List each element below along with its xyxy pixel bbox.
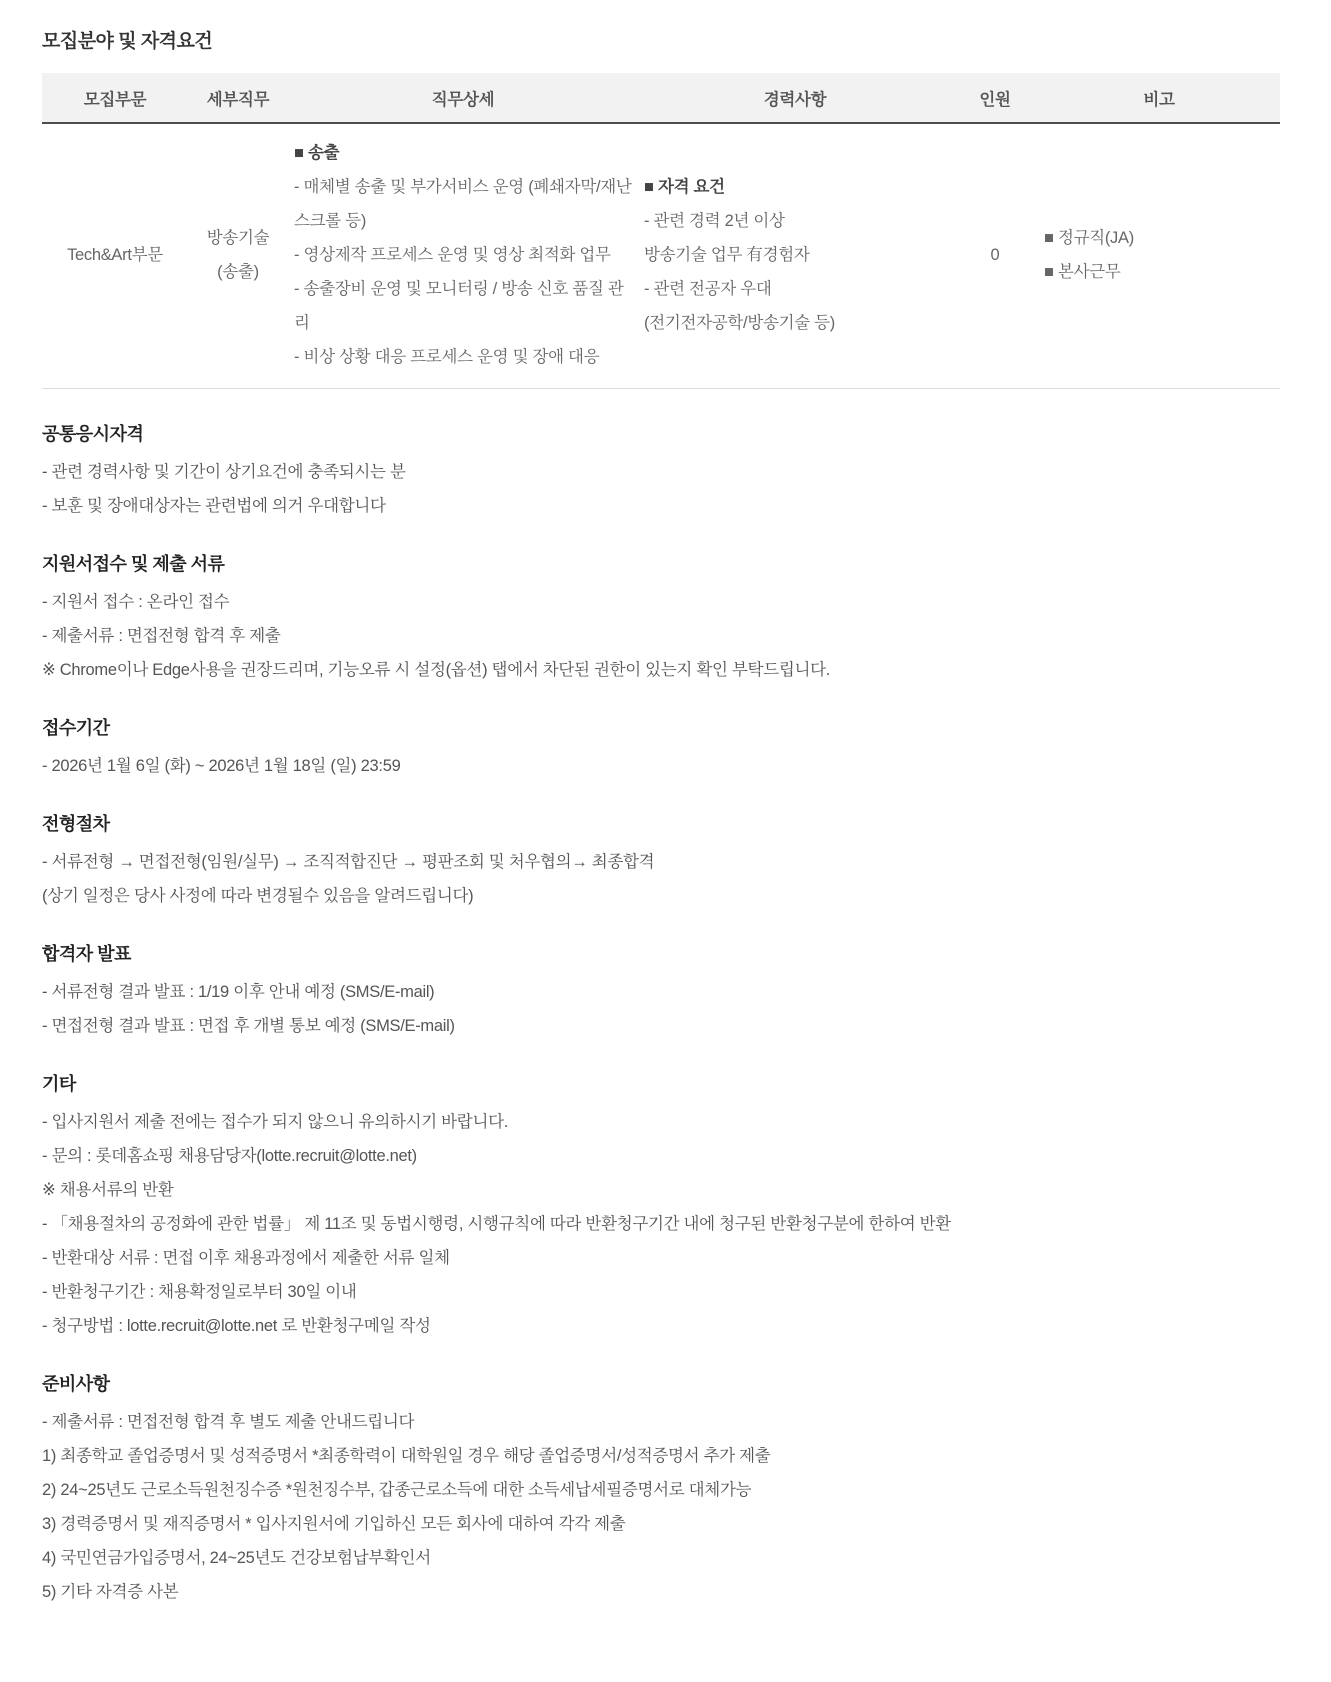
section-line: - 제출서류 : 면접전형 합격 후 별도 제출 안내드립니다 — [42, 1405, 1283, 1439]
section-line: ※ 채용서류의 반환 — [42, 1173, 1283, 1207]
section-application-submission: 지원서접수 및 제출 서류 - 지원서 접수 : 온라인 접수 - 제출서류 :… — [42, 549, 1283, 687]
section-line: - 제출서류 : 면접전형 합격 후 제출 — [42, 619, 1283, 653]
section-line: - 청구방법 : lotte.recruit@lotte.net 로 반환청구메… — [42, 1309, 1283, 1343]
job-detail-item: - 송출장비 운영 및 모니터링 / 방송 신호 품질 관리 — [294, 272, 632, 340]
section-line: 5) 기타 자격증 사본 — [42, 1575, 1283, 1609]
column-header-career: 경력사항 — [638, 73, 952, 123]
career-item: 방송기술 업무 有경험자 — [644, 238, 946, 272]
career-item: - 관련 전공자 우대 — [644, 272, 946, 306]
section-heading: 전형절차 — [42, 809, 1283, 839]
cell-note: ■ 정규직(JA) ■ 본사근무 — [1038, 123, 1280, 389]
recruitment-table: 모집부문 세부직무 직무상세 경력사항 인원 비고 Tech&Art부문 방송기… — [42, 73, 1280, 389]
note-item: ■ 본사근무 — [1044, 255, 1274, 289]
cell-career: ■ 자격 요건 - 관련 경력 2년 이상 방송기술 업무 有경험자 - 관련 … — [638, 123, 952, 389]
spacer — [42, 389, 1283, 393]
career-title: ■ 자격 요건 — [644, 170, 946, 204]
section-line: - 「채용절차의 공정화에 관한 법률」 제 11조 및 동법시행령, 시행규칙… — [42, 1207, 1283, 1241]
job-posting-document: 모집분야 및 자격요건 모집부문 세부직무 직무상세 경력사항 인원 비고 Te… — [0, 0, 1331, 1669]
section-heading: 지원서접수 및 제출 서류 — [42, 549, 1283, 579]
job-detail-item: - 비상 상황 대응 프로세스 운영 및 장애 대응 — [294, 340, 632, 374]
section-line: - 면접전형 결과 발표 : 면접 후 개별 통보 예정 (SMS/E-mail… — [42, 1009, 1283, 1043]
section-line: 2) 24~25년도 근로소득원천징수증 *원천징수부, 갑종근로소득에 대한 … — [42, 1473, 1283, 1507]
cell-headcount: 0 — [952, 123, 1038, 389]
section-heading: 접수기간 — [42, 713, 1283, 743]
section-line: - 서류전형 결과 발표 : 1/19 이후 안내 예정 (SMS/E-mail… — [42, 975, 1283, 1009]
job-subname: (송출) — [194, 255, 282, 289]
table-header-row: 모집부문 세부직무 직무상세 경력사항 인원 비고 — [42, 73, 1280, 123]
section-preparations: 준비사항 - 제출서류 : 면접전형 합격 후 별도 제출 안내드립니다 1) … — [42, 1369, 1283, 1609]
section-heading: 준비사항 — [42, 1369, 1283, 1399]
section-line: - 관련 경력사항 및 기간이 상기요건에 충족되시는 분 — [42, 455, 1283, 489]
cell-division: Tech&Art부문 — [42, 123, 188, 389]
job-detail-item: - 영상제작 프로세스 운영 및 영상 최적화 업무 — [294, 238, 632, 272]
section-line: - 보훈 및 장애대상자는 관련법에 의거 우대합니다 — [42, 489, 1283, 523]
page-title: 모집분야 및 자격요건 — [42, 26, 1283, 53]
cell-job-detail: ■ 송출 - 매체별 송출 및 부가서비스 운영 (폐쇄자막/재난스크롤 등) … — [288, 123, 638, 389]
section-line: - 반환청구기간 : 채용확정일로부터 30일 이내 — [42, 1275, 1283, 1309]
column-header-division: 모집부문 — [42, 73, 188, 123]
job-name: 방송기술 — [194, 221, 282, 255]
section-line: - 문의 : 롯데홈쇼핑 채용담당자(lotte.recruit@lotte.n… — [42, 1139, 1283, 1173]
column-header-job: 세부직무 — [188, 73, 288, 123]
section-heading: 공통응시자격 — [42, 419, 1283, 449]
section-line: (상기 일정은 당사 사정에 따라 변경될수 있음을 알려드립니다) — [42, 879, 1283, 913]
section-common-qualifications: 공통응시자격 - 관련 경력사항 및 기간이 상기요건에 충족되시는 분 - 보… — [42, 419, 1283, 523]
section-heading: 기타 — [42, 1069, 1283, 1099]
job-detail-item: - 매체별 송출 및 부가서비스 운영 (폐쇄자막/재난스크롤 등) — [294, 170, 632, 238]
job-detail-title: ■ 송출 — [294, 136, 632, 170]
section-line: 3) 경력증명서 및 재직증명서 * 입사지원서에 기입하신 모든 회사에 대하… — [42, 1507, 1283, 1541]
section-line: - 지원서 접수 : 온라인 접수 — [42, 585, 1283, 619]
table-row: Tech&Art부문 방송기술 (송출) ■ 송출 - 매체별 송출 및 부가서… — [42, 123, 1280, 389]
career-item: (전기전자공학/방송기술 등) — [644, 306, 946, 340]
column-header-note: 비고 — [1038, 73, 1280, 123]
section-heading: 합격자 발표 — [42, 939, 1283, 969]
note-item: ■ 정규직(JA) — [1044, 221, 1274, 255]
section-results-announcement: 합격자 발표 - 서류전형 결과 발표 : 1/19 이후 안내 예정 (SMS… — [42, 939, 1283, 1043]
column-header-job-detail: 직무상세 — [288, 73, 638, 123]
section-selection-process: 전형절차 - 서류전형 → 면접전형(임원/실무) → 조직적합진단 → 평판조… — [42, 809, 1283, 913]
section-line: - 입사지원서 제출 전에는 접수가 되지 않으니 유의하시기 바랍니다. — [42, 1105, 1283, 1139]
section-application-period: 접수기간 - 2026년 1월 6일 (화) ~ 2026년 1월 18일 (일… — [42, 713, 1283, 783]
section-line: - 반환대상 서류 : 면접 이후 채용과정에서 제출한 서류 일체 — [42, 1241, 1283, 1275]
column-header-headcount: 인원 — [952, 73, 1038, 123]
section-line: ※ Chrome이나 Edge사용을 권장드리며, 기능오류 시 설정(옵션) … — [42, 653, 1283, 687]
cell-job: 방송기술 (송출) — [188, 123, 288, 389]
section-line: 1) 최종학교 졸업증명서 및 성적증명서 *최종학력이 대학원일 경우 해당 … — [42, 1439, 1283, 1473]
career-item: - 관련 경력 2년 이상 — [644, 204, 946, 238]
section-line: - 서류전형 → 면접전형(임원/실무) → 조직적합진단 → 평판조회 및 처… — [42, 845, 1283, 879]
section-line: - 2026년 1월 6일 (화) ~ 2026년 1월 18일 (일) 23:… — [42, 749, 1283, 783]
section-line: 4) 국민연금가입증명서, 24~25년도 건강보험납부확인서 — [42, 1541, 1283, 1575]
section-etc: 기타 - 입사지원서 제출 전에는 접수가 되지 않으니 유의하시기 바랍니다.… — [42, 1069, 1283, 1343]
